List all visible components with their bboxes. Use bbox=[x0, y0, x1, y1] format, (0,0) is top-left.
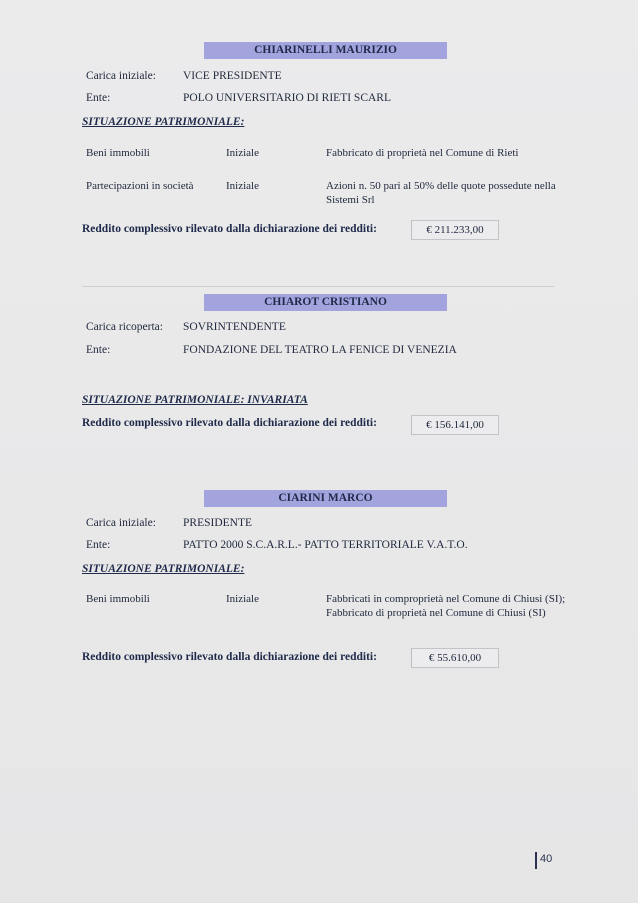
asset-status: Iniziale bbox=[226, 147, 259, 159]
entity-value: FONDAZIONE DEL TEATRO LA FENICE DI VENEZ… bbox=[183, 344, 457, 356]
asset-type: Beni immobili bbox=[86, 593, 150, 605]
person-name-bar: CHIARINELLI MAURIZIO bbox=[204, 42, 447, 59]
asset-type: Partecipazioni in società bbox=[86, 180, 194, 192]
asset-description: Fabbricati in comproprietà nel Comune di… bbox=[326, 593, 571, 620]
income-value: € 211.233,00 bbox=[411, 220, 499, 240]
role-value: SOVRINTENDENTE bbox=[183, 321, 286, 333]
situation-title: SITUAZIONE PATRIMONIALE: INVARIATA bbox=[82, 394, 308, 406]
role-label: Carica iniziale: bbox=[86, 517, 156, 529]
asset-type: Beni immobili bbox=[86, 147, 150, 159]
income-value: € 55.610,00 bbox=[411, 648, 499, 668]
asset-description: Azioni n. 50 pari al 50% delle quote pos… bbox=[326, 180, 566, 207]
entity-label: Ente: bbox=[86, 92, 110, 104]
entity-value: PATTO 2000 S.C.A.R.L.- PATTO TERRITORIAL… bbox=[183, 539, 468, 551]
person-name-bar: CIARINI MARCO bbox=[204, 490, 447, 507]
situation-title: SITUAZIONE PATRIMONIALE: bbox=[82, 116, 244, 128]
role-label: Carica iniziale: bbox=[86, 70, 156, 82]
asset-description: Fabbricato di proprietà nel Comune di Ri… bbox=[326, 147, 566, 161]
income-value: € 156.141,00 bbox=[411, 415, 499, 435]
situation-title: SITUAZIONE PATRIMONIALE: bbox=[82, 563, 244, 575]
income-label: Reddito complessivo rilevato dalla dichi… bbox=[82, 223, 377, 235]
person-name-bar: CHIAROT CRISTIANO bbox=[204, 294, 447, 311]
asset-status: Iniziale bbox=[226, 180, 259, 192]
role-label: Carica ricoperta: bbox=[86, 321, 163, 333]
entity-label: Ente: bbox=[86, 344, 110, 356]
income-label: Reddito complessivo rilevato dalla dichi… bbox=[82, 651, 377, 663]
page-number-rule bbox=[535, 852, 537, 869]
entity-value: POLO UNIVERSITARIO DI RIETI SCARL bbox=[183, 92, 391, 104]
page-number: 40 bbox=[540, 853, 552, 865]
entity-label: Ente: bbox=[86, 539, 110, 551]
document-page: CHIARINELLI MAURIZIO Carica iniziale: VI… bbox=[0, 0, 638, 903]
asset-status: Iniziale bbox=[226, 593, 259, 605]
role-value: PRESIDENTE bbox=[183, 517, 252, 529]
section-divider bbox=[82, 286, 554, 287]
income-label: Reddito complessivo rilevato dalla dichi… bbox=[82, 417, 377, 429]
role-value: VICE PRESIDENTE bbox=[183, 70, 282, 82]
